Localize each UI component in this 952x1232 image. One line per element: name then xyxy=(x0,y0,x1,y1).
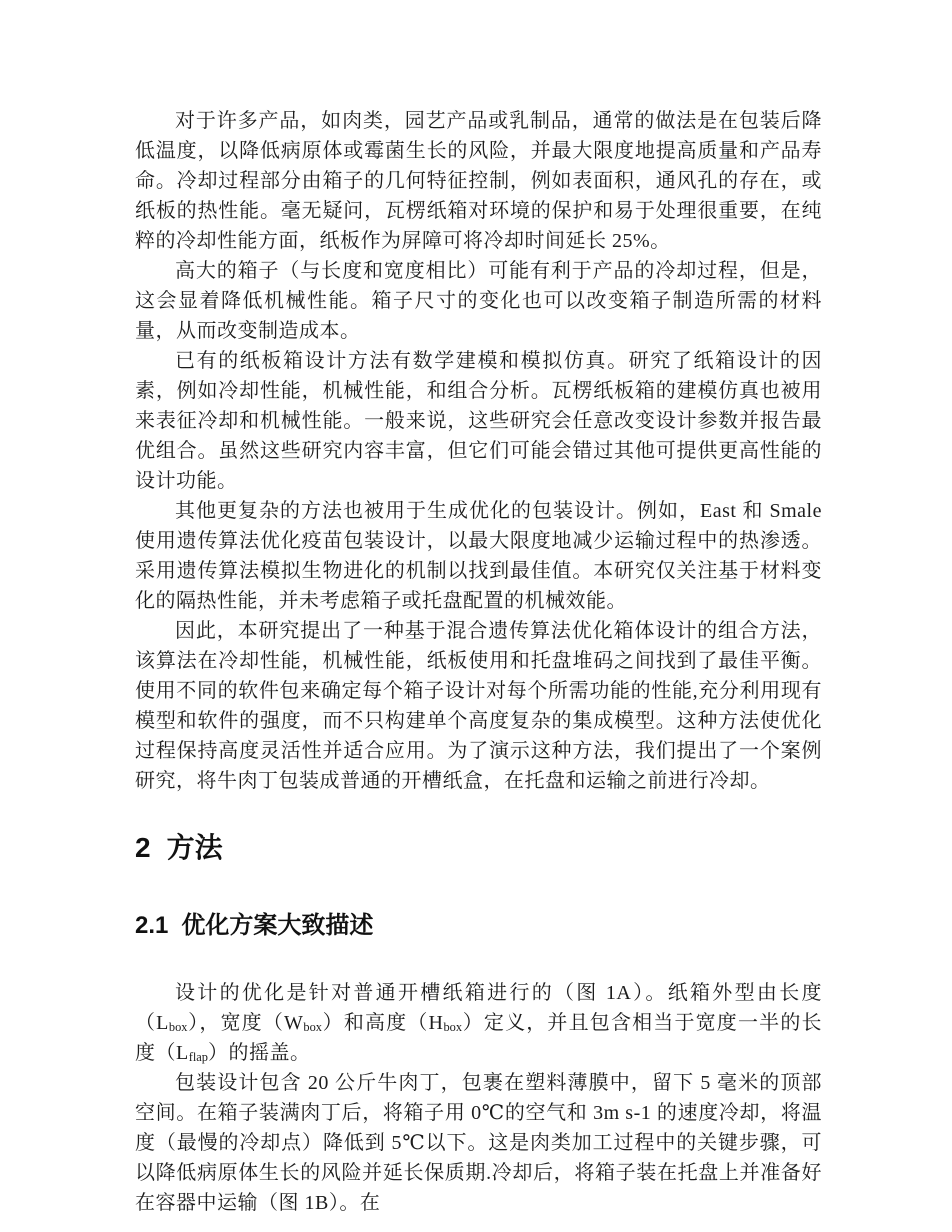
paragraph-proposed-method: 因此，本研究提出了一种基于混合遗传算法优化箱体设计的组合方法，该算法在冷却性能，… xyxy=(135,616,822,796)
paragraph-design-optimization: 设计的优化是针对普通开槽纸箱进行的（图 1A）。纸箱外型由长度（Lbox），宽度… xyxy=(135,978,822,1068)
section-title: 方法 xyxy=(167,832,223,863)
paragraph-cooling-practice: 对于许多产品，如肉类，园艺产品或乳制品，通常的做法是在包装后降低温度，以降低病原… xyxy=(135,106,822,256)
paragraph-packaging-design: 包装设计包含 20 公斤牛肉丁，包裹在塑料薄膜中，留下 5 毫米的顶部空间。在箱… xyxy=(135,1068,822,1218)
paragraph-tall-boxes: 高大的箱子（与长度和宽度相比）可能有利于产品的冷却过程，但是，这会显着降低机械性… xyxy=(135,256,822,346)
subsection-heading-optimization-overview: 2.1优化方案大致描述 xyxy=(135,910,822,942)
paragraph-genetic-algorithm: 其他更复杂的方法也被用于生成优化的包装设计。例如，East 和 Smale 使用… xyxy=(135,496,822,616)
document-page: 对于许多产品，如肉类，园艺产品或乳制品，通常的做法是在包装后降低温度，以降低病原… xyxy=(0,0,952,1232)
section-number: 2 xyxy=(135,832,151,863)
paragraph-existing-methods: 已有的纸板箱设计方法有数学建模和模拟仿真。研究了纸箱设计的因素，例如冷却性能，机… xyxy=(135,346,822,496)
section-heading-methods: 2方法 xyxy=(135,830,822,866)
subsection-title: 优化方案大致描述 xyxy=(181,912,373,939)
subsection-number: 2.1 xyxy=(135,912,168,939)
